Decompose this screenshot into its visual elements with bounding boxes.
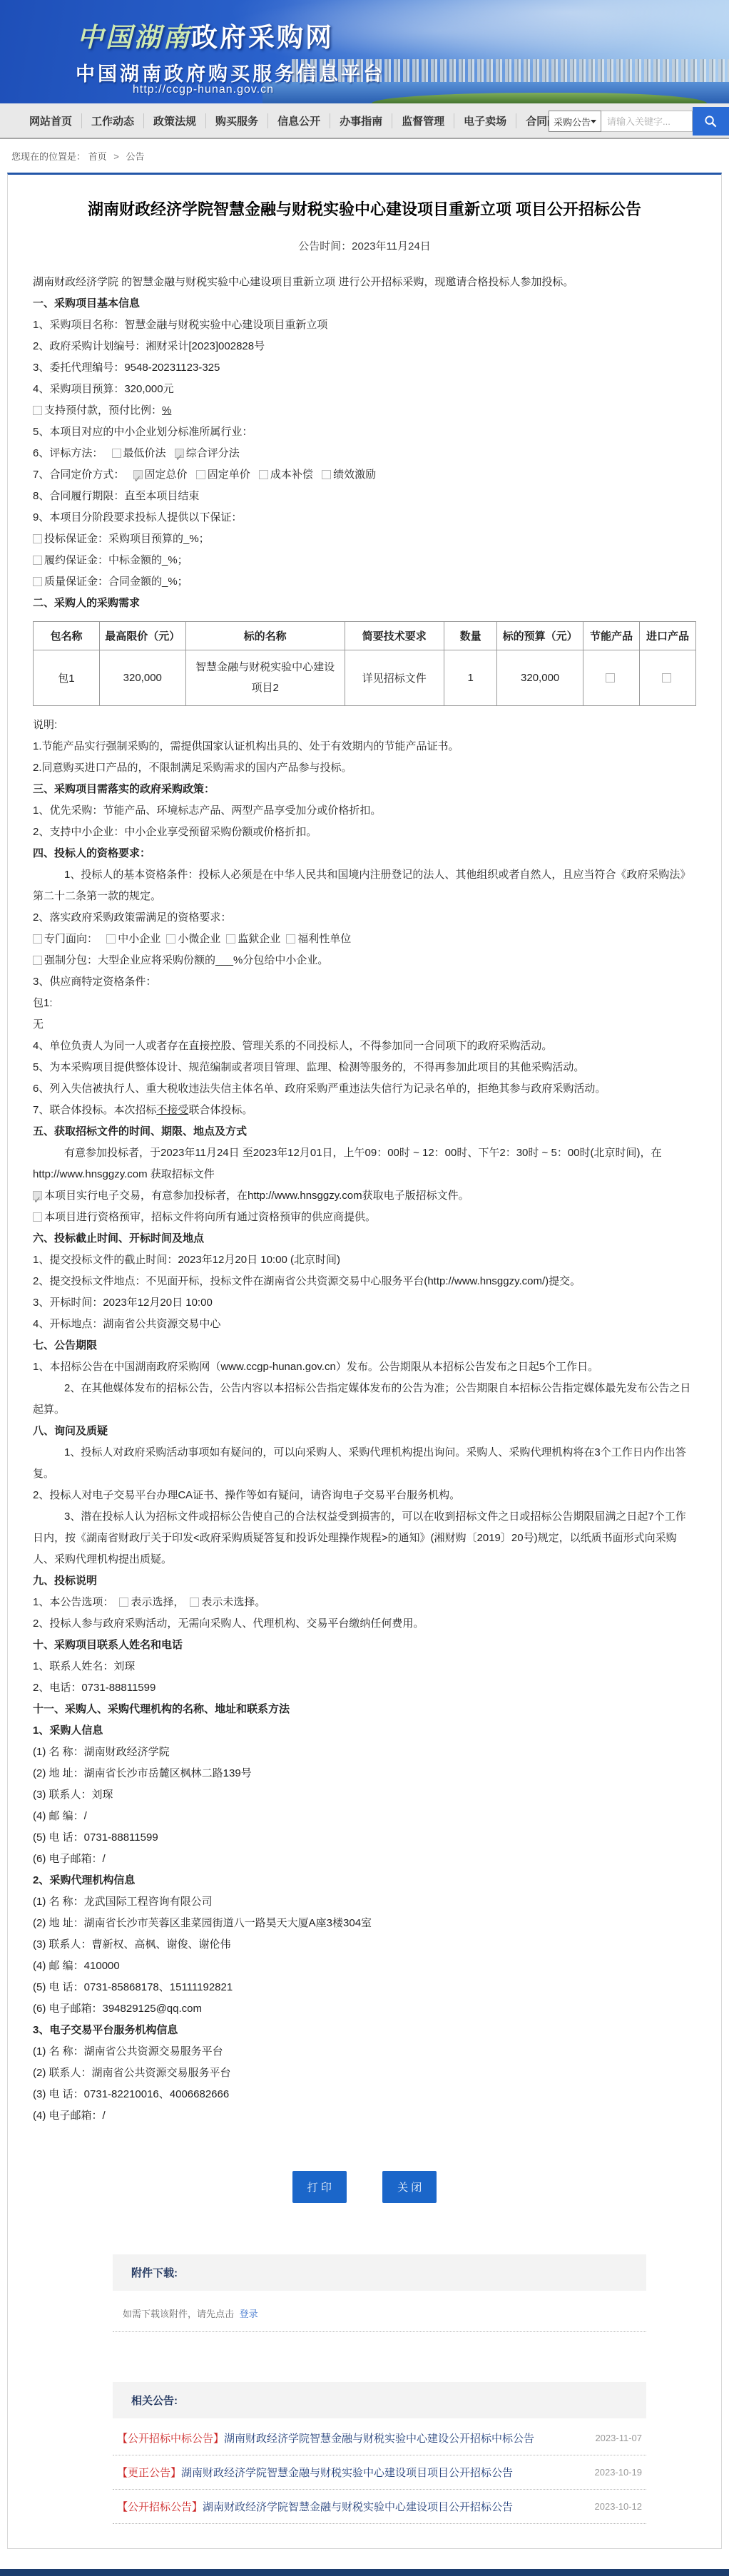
attachments-heading: 附件下载: (113, 2254, 646, 2291)
contact-line: (2) 地 址：湖南省长沙市岳麓区枫林二路139号 (33, 1763, 696, 1784)
col-header: 包名称 (34, 622, 100, 650)
cell-qty: 1 (444, 650, 496, 706)
nav-item-news[interactable]: 工作动态 (82, 113, 144, 128)
item: 1、联系人姓名：刘琛 (33, 1656, 696, 1677)
item-text: 表示未选择。 (201, 1596, 265, 1608)
contact-line: (6) 电子邮箱：394829125@qq.com (33, 1998, 696, 2020)
attachments-login-hint: 如需下载该附件，请先点击 登录 (113, 2291, 646, 2332)
cell-subject-name: 智慧金融与财税实验中心建设项目2 (185, 650, 345, 706)
search-category-select[interactable]: 采购公告 (549, 111, 601, 132)
related-link: 【公开招标公告】湖南财政经济学院智慧金融与财税实验中心建设项目公开招标公告 (117, 2499, 513, 2514)
table-row: 包1 320,000 智慧金融与财税实验中心建设项目2 详见招标文件 1 320… (34, 650, 696, 706)
checkbox-unchecked-icon (33, 577, 42, 586)
contact-line: (4) 电子邮箱：/ (33, 2105, 696, 2127)
option-label: 中小企业 (118, 933, 160, 945)
item: 5、本项目对应的中小企业划分标准所属行业： (33, 421, 696, 443)
note: 1.节能产品实行强制采购的，需提供国家认证机构出具的、处于有效期内的节能产品证书… (33, 736, 696, 757)
item: 1、采购项目名称：智慧金融与财税实验中心建设项目重新立项 (33, 315, 696, 336)
section-9-heading: 九、投标说明 (33, 1570, 696, 1592)
item-text: 履约保证金：中标金额的_%； (44, 554, 188, 566)
nav-item-home[interactable]: 网站首页 (20, 113, 82, 128)
item: 2、落实政府采购政策需满足的资格要求： (33, 907, 696, 929)
related-link: 【更正公告】湖南财政经济学院智慧金融与财税实验中心建设项目项目公开招标公告 (117, 2465, 513, 2480)
site-banner: 中国湖南政府采购网 中国湖南政府购买服务信息平台 http://ccgp-hun… (0, 0, 729, 103)
item-text: 投标保证金：采购项目预算的_%； (44, 533, 210, 545)
item: 1、提交投标文件的截止时间：2023年12月20日 10:00 (北京时间) (33, 1249, 696, 1271)
col-header: 最高限价（元） (99, 622, 185, 650)
related-list: 【公开招标中标公告】湖南财政经济学院智慧金融与财税实验中心建设公开招标中标公告 … (113, 2421, 646, 2524)
item: 3、供应商特定资格条件： (33, 971, 696, 993)
item: 1、投标人对政府采购活动事项如有疑问的，可以向采购人、采购代理机构提出询问。采购… (33, 1442, 696, 1485)
item: 3、潜在投标人认为招标文件或招标公告使自己的合法权益受到损害的，可以在收到招标文… (33, 1506, 696, 1570)
option-label: 综合评分法 (186, 447, 240, 459)
item-consortium: 7、联合体投标。本次招标不接受联合体投标。 (33, 1100, 696, 1121)
section-4-heading: 四、投标人的资格要求： (33, 843, 696, 864)
attachments-section: 附件下载: 如需下载该附件，请先点击 登录 (113, 2254, 646, 2332)
cell-energy-saving (583, 650, 640, 706)
item: 6、列入失信被执行人、重大税收违法失信主体名单、政府采购严重违法失信行为记录名单… (33, 1078, 696, 1100)
checkbox-unchecked-icon (286, 934, 295, 944)
contact-line: (3) 电 话：0731-82210016、4006682666 (33, 2084, 696, 2105)
item: 2、投标人参与政府采购活动，无需向采购人、代理机构、交易平台缴纳任何费用。 (33, 1613, 696, 1635)
purchaser-info-heading: 1、采购人信息 (33, 1720, 696, 1742)
nav-item-supervision[interactable]: 监督管理 (392, 113, 454, 128)
item: 4、采购项目预算：320,000元 (33, 379, 696, 400)
checkbox-checked-icon (175, 449, 184, 458)
checkbox-unchecked-icon (226, 934, 235, 944)
contact-line: (2) 地 址：湖南省长沙市芙蓉区韭菜园街道八一路昊天大厦A座3楼304室 (33, 1913, 696, 1934)
item-prequalification: 本项目进行资格预审，招标文件将向所有通过资格预审的供应商提供。 (33, 1207, 696, 1228)
prepay-percent: % (162, 404, 171, 416)
col-header: 进口产品 (639, 622, 695, 650)
item-quality-bond: 质量保证金：合同金额的_%； (33, 571, 696, 593)
breadcrumb: 您现在的位置是： 首页 > 公告 (0, 139, 729, 170)
item: 1、本招标公告在中国湖南政府采购网（www.ccgp-hunan.gov.cn）… (33, 1356, 696, 1378)
item-text: 6、评标方法： (33, 447, 103, 459)
contact-line: (3) 联系人：曹新权、高枫、谢俊、谢伦伟 (33, 1934, 696, 1956)
item-forced-subcontract: 强制分包：大型企业应将采购份额的___%分包给中小企业。 (33, 950, 696, 971)
spacer (33, 2332, 696, 2382)
item: 有意参加投标者，于2023年11月24日 至2023年12月01日，上午09：0… (33, 1143, 696, 1185)
cell-budget: 320,000 (497, 650, 583, 706)
item: 3、委托代理编号：9548-20231123-325 (33, 357, 696, 379)
search-area: 采购公告 (549, 103, 729, 139)
hint-text: 如需下载该附件，请先点击 (123, 2309, 234, 2319)
item-text: 支持预付款，预付比例： (44, 404, 162, 416)
nav-item-guide[interactable]: 办事指南 (330, 113, 392, 128)
logo-text: 政府采购网 (191, 23, 334, 52)
nav-menu: 网站首页 工作动态 政策法规 购买服务 信息公开 办事指南 监督管理 电子卖场 … (0, 113, 578, 128)
item: 2、提交投标文件地点：不见面开标，投标文件在湖南省公共资源交易中心服务平台(ht… (33, 1271, 696, 1292)
checkbox-unchecked-icon (190, 1598, 199, 1607)
site-logo: 中国湖南政府采购网 (77, 16, 334, 54)
nav-item-purchase-service[interactable]: 购买服务 (206, 113, 268, 128)
item: 无 (33, 1014, 696, 1036)
item: 3、开标时间：2023年12月20日 10:00 (33, 1292, 696, 1314)
item: 2、投标人对电子交易平台办理CA证书、操作等如有疑问，请咨询电子交易平台服务机构… (33, 1485, 696, 1506)
breadcrumb-separator: > (113, 151, 119, 162)
checkbox-unchecked-icon (662, 673, 671, 683)
contact-line: (1) 名 称：湖南省公共资源交易服务平台 (33, 2041, 696, 2063)
option-label: 小微企业 (178, 933, 220, 945)
checkbox-checked-icon (119, 1598, 128, 1607)
related-link: 【公开招标中标公告】湖南财政经济学院智慧金融与财税实验中心建设公开招标中标公告 (117, 2431, 534, 2445)
option-label: 固定单价 (208, 469, 250, 481)
breadcrumb-current: 公告 (126, 151, 145, 162)
breadcrumb-home-link[interactable]: 首页 (88, 151, 107, 162)
related-item[interactable]: 【更正公告】湖南财政经济学院智慧金融与财税实验中心建设项目项目公开招标公告 20… (113, 2455, 646, 2490)
notice-intro: 湖南财政经济学院 的智慧金融与财税实验中心建设项目重新立项 进行公开招标采购，现… (33, 272, 696, 293)
checkbox-unchecked-icon (606, 673, 615, 683)
related-item[interactable]: 【公开招标公告】湖南财政经济学院智慧金融与财税实验中心建设项目公开招标公告 20… (113, 2490, 646, 2524)
item-eval-method: 6、评标方法： 最低价法 综合评分法 (33, 443, 696, 464)
item-dedicated: 专门面向： 中小企业小微企业监狱企业福利性单位 (33, 929, 696, 950)
nav-item-policy[interactable]: 政策法规 (144, 113, 206, 128)
item: 1、优先采购：节能产品、环境标志产品、两型产品享受加分或价格折扣。 (33, 800, 696, 822)
chevron-down-icon (591, 120, 596, 123)
item-text: 质量保证金：合同金额的_%； (44, 576, 188, 588)
section-8-heading: 八、询问及质疑 (33, 1421, 696, 1442)
contact-line: (1) 名 称：龙武国际工程咨询有限公司 (33, 1891, 696, 1913)
checkbox-unchecked-icon (166, 934, 175, 944)
nav-item-info-disclosure[interactable]: 信息公开 (268, 113, 330, 128)
note: 2.同意购买进口产品的，不限制满足采购需求的国内产品参与投标。 (33, 757, 696, 779)
contact-line: (3) 联系人：刘琛 (33, 1784, 696, 1806)
item-text: 1、本公告选项： (33, 1596, 113, 1608)
breadcrumb-prefix: 您现在的位置是： (11, 151, 86, 162)
option-label: 固定总价 (145, 469, 188, 481)
checkbox-unchecked-icon (33, 956, 42, 965)
item: 2、电话：0731-88811599 (33, 1677, 696, 1699)
page: 中国湖南政府采购网 中国湖南政府购买服务信息平台 http://ccgp-hun… (0, 0, 729, 2576)
option-label: 福利性单位 (297, 933, 351, 945)
banner-subtitle: 中国湖南政府购买服务信息平台 (76, 58, 385, 86)
notice-title: 湖南财政经济学院智慧金融与财税实验中心建设项目重新立项 项目公开招标公告 (54, 198, 675, 221)
item: 包1: (33, 993, 696, 1014)
search-icon (704, 115, 718, 128)
platform-info-heading: 3、电子交易平台服务机构信息 (33, 2020, 696, 2041)
related-tag: 【更正公告】 (117, 2467, 181, 2479)
cell-imported (639, 650, 695, 706)
contact-line: (4) 邮 编：/ (33, 1806, 696, 1827)
item: 2、在其他媒体发布的招标公告，公告内容以本招标公告指定媒体发布的公告为准；公告期… (33, 1378, 696, 1421)
action-buttons: 打 印 关 闭 (33, 2171, 696, 2203)
related-announcements-section: 相关公告: 【公开招标中标公告】湖南财政经济学院智慧金融与财税实验中心建设公开招… (113, 2382, 646, 2524)
item: 1、投标人的基本资格条件：投标人必须是在中华人民共和国境内注册登记的法人、其他组… (33, 864, 696, 907)
checkbox-unchecked-icon (259, 470, 268, 479)
related-item[interactable]: 【公开招标中标公告】湖南财政经济学院智慧金融与财税实验中心建设公开招标中标公告 … (113, 2421, 646, 2455)
contact-line: (2) 联系人：湖南省公共资源交易服务平台 (33, 2063, 696, 2084)
item-bid-bond: 投标保证金：采购项目预算的_%； (33, 528, 696, 550)
cell-tech-req: 详见招标文件 (345, 650, 444, 706)
banner-url: http://ccgp-hunan.gov.cn (133, 83, 274, 96)
section-2-heading: 二、采购人的采购需求 (33, 593, 696, 614)
section-1-heading: 一、采购项目基本信息 (33, 293, 696, 315)
checkbox-unchecked-icon (33, 1212, 42, 1222)
item-text: 本项目进行资格预审，招标文件将向所有通过资格预审的供应商提供。 (44, 1211, 376, 1223)
checkbox-unchecked-icon (196, 470, 205, 479)
item-prepay-option: 支持预付款，预付比例：% (33, 400, 696, 421)
col-header: 节能产品 (583, 622, 640, 650)
option-label: 绩效激励 (333, 469, 376, 481)
checkbox-checked-icon (33, 1191, 42, 1200)
item-electronic-trade: 本项目实行电子交易，有意参加投标者，在http://www.hnsggzy.co… (33, 1185, 696, 1207)
item: 4、单位负责人为同一人或者存在直接控股、管理关系的不同投标人，不得参加同一合同项… (33, 1036, 696, 1057)
checkbox-unchecked-icon (33, 534, 42, 543)
contact-line: (5) 电 话：0731-88811599 (33, 1827, 696, 1849)
section-6-heading: 六、投标截止时间、开标时间及地点 (33, 1228, 696, 1249)
item-option-legend: 1、本公告选项：表示选择，表示未选择。 (33, 1592, 696, 1613)
col-header: 数量 (444, 622, 496, 650)
related-tag: 【公开招标中标公告】 (117, 2433, 224, 2445)
related-date: 2023-10-19 (595, 2467, 643, 2478)
search-category-value: 采购公告 (554, 115, 591, 128)
notice-content: 湖南财政经济学院智慧金融与财税实验中心建设项目重新立项 项目公开招标公告 公告时… (7, 173, 722, 2549)
checkbox-unchecked-icon (33, 406, 42, 415)
col-header: 标的名称 (185, 622, 345, 650)
item: 5、为本采购项目提供整体设计、规范编制或者项目管理、监理、检测等服务的，不得再参… (33, 1057, 696, 1078)
item-text: 本项目实行电子交易，有意参加投标者，在http://www.hnsggzy.co… (44, 1190, 469, 1202)
related-date: 2023-11-07 (595, 2433, 642, 2443)
note-heading: 说明: (33, 715, 696, 736)
option-label: 最低价法 (123, 447, 166, 459)
related-title: 湖南财政经济学院智慧金融与财税实验中心建设项目项目公开招标公告 (181, 2467, 513, 2479)
related-date: 2023-10-12 (595, 2501, 643, 2512)
contact-line: (6) 电子邮箱：/ (33, 1849, 696, 1870)
login-link[interactable]: 登录 (240, 2309, 258, 2319)
section-11-heading: 十一、采购人、采购代理机构的名称、地址和联系方法 (33, 1699, 696, 1720)
cell-package: 包1 (34, 650, 100, 706)
print-button[interactable]: 打 印 (292, 2171, 347, 2203)
related-title: 湖南财政经济学院智慧金融与财税实验中心建设项目公开招标公告 (203, 2501, 513, 2513)
checkbox-checked-icon (133, 470, 143, 479)
checkbox-unchecked-icon (112, 449, 121, 458)
nav-item-emall[interactable]: 电子卖场 (454, 113, 516, 128)
checkbox-unchecked-icon (322, 470, 331, 479)
related-title: 湖南财政经济学院智慧金融与财税实验中心建设公开招标中标公告 (224, 2433, 534, 2445)
item-pricing-method: 7、合同定价方式： 固定总价 固定单价 成本补偿 绩效激励 (33, 464, 696, 486)
underlined-text: 不接受 (156, 1104, 188, 1116)
item-performance-bond: 履约保证金：中标金额的_%； (33, 550, 696, 571)
item: 9、本项目分阶段要求投标人提供以下保证： (33, 507, 696, 528)
item-text: 联合体投标。 (188, 1104, 253, 1116)
checkbox-unchecked-icon (106, 934, 116, 944)
related-tag: 【公开招标公告】 (117, 2501, 203, 2513)
item-text: 表示选择， (131, 1596, 184, 1608)
cell-max-price: 320,000 (99, 650, 185, 706)
section-3-heading: 三、采购项目需落实的政府采购政策： (33, 779, 696, 800)
section-7-heading: 七、公告期限 (33, 1335, 696, 1356)
col-header: 标的预算（元） (497, 622, 583, 650)
main-nav: 网站首页 工作动态 政策法规 购买服务 信息公开 办事指南 监督管理 电子卖场 … (0, 103, 729, 139)
item-text: 强制分包：大型企业应将采购份额的___%分包给中小企业。 (44, 954, 328, 966)
col-header: 简要技术要求 (345, 622, 444, 650)
item-text: 专门面向： (44, 933, 98, 945)
item: 4、开标地点：湖南省公共资源交易中心 (33, 1314, 696, 1335)
option-label: 监狱企业 (238, 933, 280, 945)
logo-calligraphy: 中国湖南 (77, 23, 191, 52)
contact-line: (4) 邮 编：410000 (33, 1956, 696, 1977)
close-button[interactable]: 关 闭 (382, 2171, 437, 2203)
publish-time: 公告时间：2023年11月24日 (33, 238, 696, 253)
section-5-heading: 五、获取招标文件的时间、期限、地点及方式 (33, 1121, 696, 1143)
checkbox-unchecked-icon (33, 934, 42, 944)
requirement-table: 包名称 最高限价（元） 标的名称 简要技术要求 数量 标的预算（元） 节能产品 … (33, 621, 696, 706)
page-footer-bar (0, 2569, 729, 2576)
item-text: 7、合同定价方式： (33, 469, 124, 481)
option-label: 成本补偿 (270, 469, 313, 481)
agency-info-heading: 2、采购代理机构信息 (33, 1870, 696, 1891)
item-text: 7、联合体投标。本次招标 (33, 1104, 156, 1116)
table-header-row: 包名称 最高限价（元） 标的名称 简要技术要求 数量 标的预算（元） 节能产品 … (34, 622, 696, 650)
search-input[interactable] (601, 111, 693, 132)
item: 8、合同履行期限：直至本项目结束 (33, 486, 696, 507)
checkbox-unchecked-icon (33, 556, 42, 565)
item: 2、政府采购计划编号：湘财采计[2023]002828号 (33, 336, 696, 357)
contact-line: (5) 电 话：0731-85868178、15111192821 (33, 1977, 696, 1998)
item: 2、支持中小企业：中小企业享受预留采购份额或价格折扣。 (33, 822, 696, 843)
contact-line: (1) 名 称：湖南财政经济学院 (33, 1742, 696, 1763)
search-button[interactable] (693, 107, 729, 136)
section-10-heading: 十、采购项目联系人姓名和电话 (33, 1635, 696, 1656)
related-heading: 相关公告: (113, 2382, 646, 2418)
